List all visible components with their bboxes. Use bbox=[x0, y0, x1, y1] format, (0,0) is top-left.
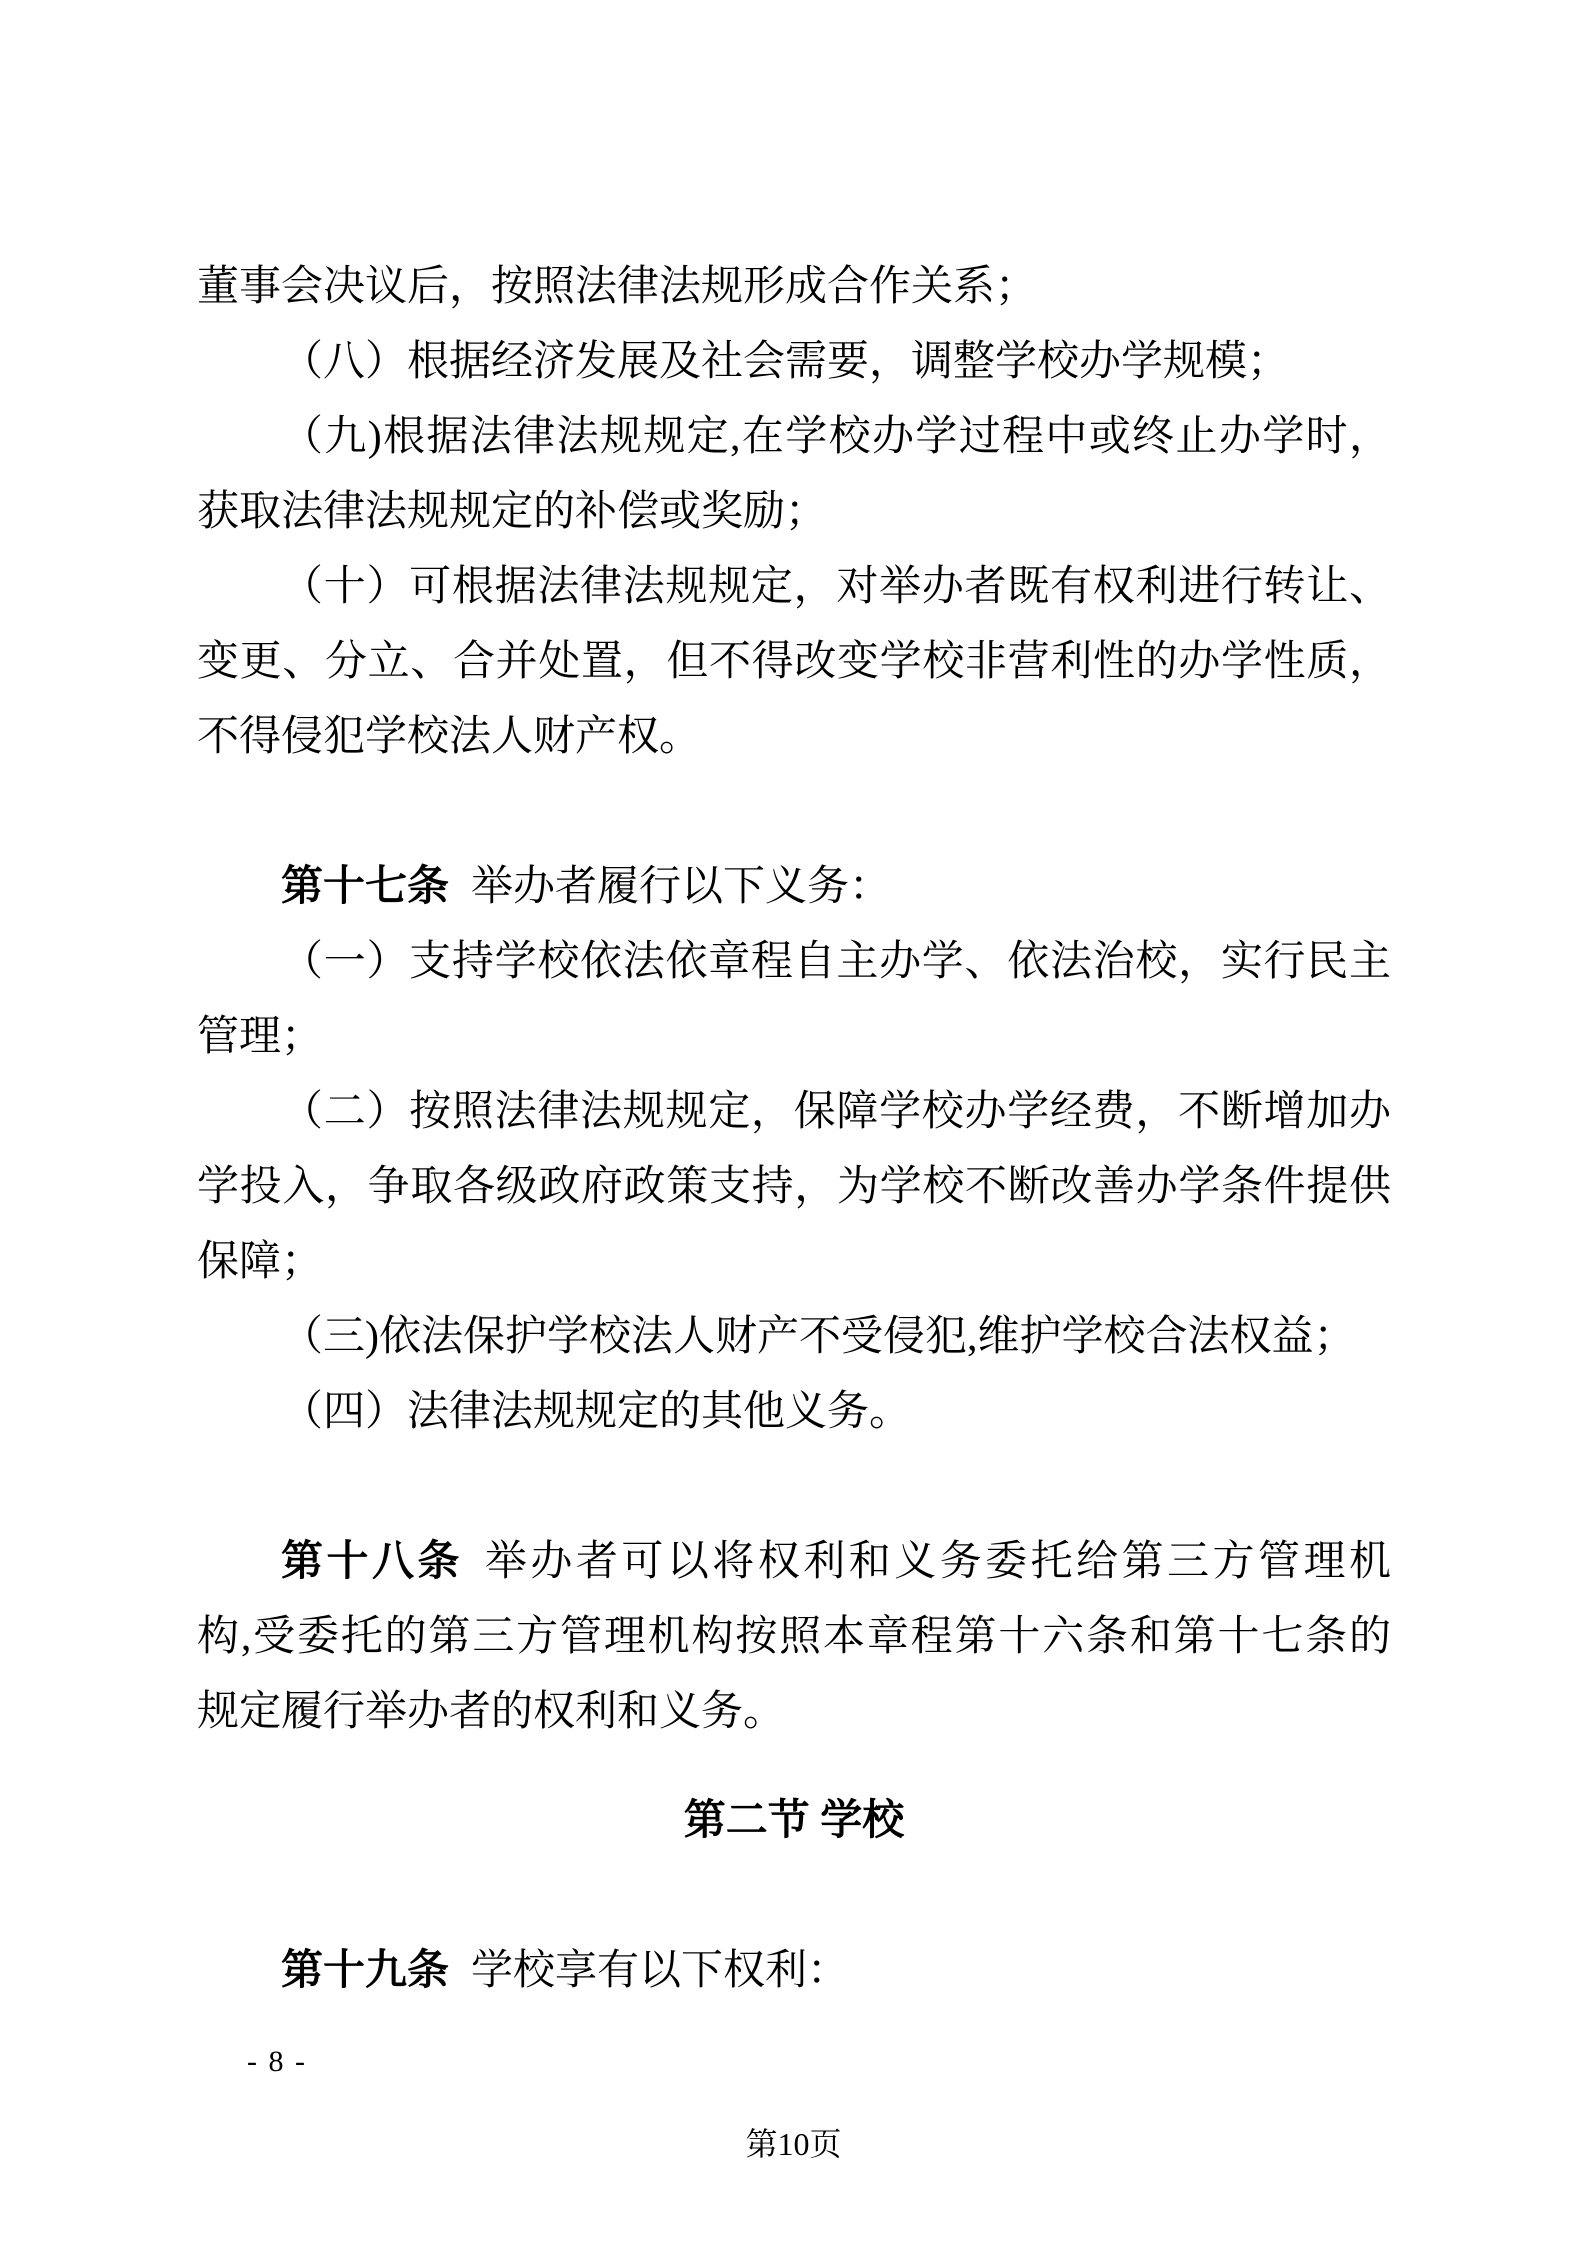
body-line: 规定履行举办者的权利和义务。 bbox=[197, 1675, 1391, 1750]
blank-line bbox=[197, 775, 1391, 850]
body-line: 管理； bbox=[197, 1000, 1391, 1075]
document-text-block: 董事会决议后，按照法律法规形成合作关系； （八）根据经济发展及社会需要，调整学校… bbox=[197, 250, 1391, 2009]
line-text: 董事会决议后，按照法律法规形成合作关系； bbox=[197, 264, 1037, 310]
body-line: 学投入，争取各级政府政策支持，为学校不断改善办学条件提供 bbox=[197, 1150, 1391, 1225]
body-line-item-10: （十）可根据法律法规规定，对举办者既有权利进行转让、 bbox=[197, 550, 1391, 625]
inline-page-number: - 8 - bbox=[247, 2042, 307, 2082]
section-heading: 第二节 学校 bbox=[197, 1784, 1391, 1859]
page-number-footer: 第10页 bbox=[0, 2122, 1587, 2166]
line-text: 构,受委托的第三方管理机构按照本章程第十六条和第十七条的 bbox=[197, 1614, 1391, 1660]
line-text: 获取法律法规规定的补偿或奖励； bbox=[197, 489, 827, 535]
line-text: （二）按照法律法规规定，保障学校办学经费，不断增加办 bbox=[281, 1089, 1391, 1135]
body-line-item-3: （三)依法保护学校法人财产不受侵犯,维护学校合法权益； bbox=[197, 1300, 1391, 1375]
document-page: 董事会决议后，按照法律法规形成合作关系； （八）根据经济发展及社会需要，调整学校… bbox=[0, 0, 1587, 2245]
line-text: 变更、分立、合并处置，但不得改变学校非营利性的办学性质， bbox=[197, 639, 1391, 685]
body-line-item-1: （一）支持学校依法依章程自主办学、依法治校，实行民主 bbox=[197, 925, 1391, 1000]
body-line: 构,受委托的第三方管理机构按照本章程第十六条和第十七条的 bbox=[197, 1600, 1391, 1675]
line-text: （一）支持学校依法依章程自主办学、依法治校，实行民主 bbox=[281, 939, 1391, 985]
body-line-item-2: （二）按照法律法规规定，保障学校办学经费，不断增加办 bbox=[197, 1075, 1391, 1150]
line-text: （三)依法保护学校法人财产不受侵犯,维护学校合法权益； bbox=[281, 1314, 1356, 1360]
article-number: 第十七条 bbox=[281, 864, 449, 910]
article-heading-line-18: 第十八条举办者可以将权利和义务委托给第三方管理机 bbox=[197, 1525, 1391, 1600]
body-line: 董事会决议后，按照法律法规形成合作关系； bbox=[197, 250, 1391, 325]
line-text: （十）可根据法律法规规定，对举办者既有权利进行转让、 bbox=[281, 564, 1391, 610]
line-text: 保障； bbox=[197, 1239, 323, 1285]
line-text: 学校享有以下权利： bbox=[471, 1948, 849, 1994]
body-line-item-4: （四）法律法规规定的其他义务。 bbox=[197, 1375, 1391, 1450]
article-heading-line-17: 第十七条举办者履行以下义务： bbox=[197, 850, 1391, 925]
body-line: 变更、分立、合并处置，但不得改变学校非营利性的办学性质， bbox=[197, 625, 1391, 700]
body-line: 不得侵犯学校法人财产权。 bbox=[197, 700, 1391, 775]
line-text: （九)根据法律法规规定,在学校办学过程中或终止办学时， bbox=[281, 414, 1391, 460]
line-text: （四）法律法规规定的其他义务。 bbox=[281, 1389, 911, 1435]
blank-line bbox=[197, 1450, 1391, 1525]
line-text: （八）根据经济发展及社会需要，调整学校办学规模； bbox=[281, 339, 1289, 385]
article-heading-line-19: 第十九条学校享有以下权利： bbox=[197, 1934, 1391, 2009]
line-text: 不得侵犯学校法人财产权。 bbox=[197, 714, 701, 760]
line-text: 举办者可以将权利和义务委托给第三方管理机 bbox=[485, 1539, 1391, 1585]
line-text: 管理； bbox=[197, 1014, 323, 1060]
section-heading-text: 第二节 学校 bbox=[684, 1798, 905, 1844]
body-line: 获取法律法规规定的补偿或奖励； bbox=[197, 475, 1391, 550]
line-text: 学投入，争取各级政府政策支持，为学校不断改善办学条件提供 bbox=[197, 1164, 1391, 1210]
body-line: 保障； bbox=[197, 1225, 1391, 1300]
article-number: 第十八条 bbox=[281, 1539, 463, 1585]
blank-line bbox=[197, 1859, 1391, 1934]
line-text: 规定履行举办者的权利和义务。 bbox=[197, 1689, 785, 1735]
line-text: 举办者履行以下义务： bbox=[471, 864, 891, 910]
body-line-item-9: （九)根据法律法规规定,在学校办学过程中或终止办学时， bbox=[197, 400, 1391, 475]
article-number: 第十九条 bbox=[281, 1948, 449, 1994]
body-line-item-8: （八）根据经济发展及社会需要，调整学校办学规模； bbox=[197, 325, 1391, 400]
